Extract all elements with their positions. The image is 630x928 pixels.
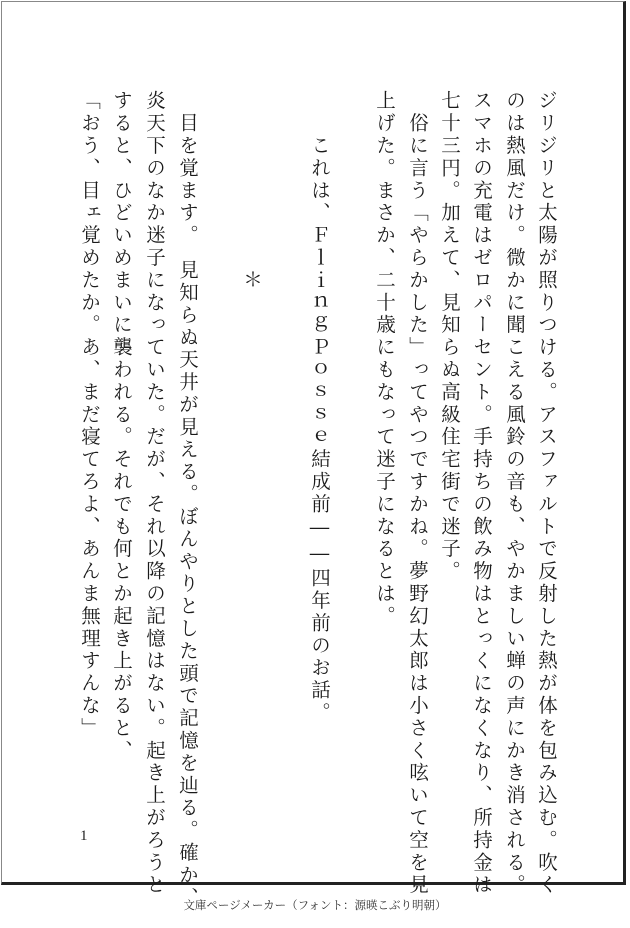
text-column-10: すると、ひどいめまいに襲われる。それでも何とか起き上がると、 — [108, 90, 134, 802]
text-column-1: ジリジリと太陽が照りつける。アスファルトで反射した熱が体を包み込む。吹く — [533, 90, 559, 802]
text-column-3: スマホの充電はゼロパーセント。手持ちの飲み物はとっくになくなり、所持金は — [468, 90, 494, 802]
text-column-4: 七十三円。加えて、見知らぬ高級住宅街で迷子。 — [436, 90, 462, 802]
text-column-6: 上げた。まさか、二十歳にもなって迷子になるとは。 — [371, 90, 397, 802]
scene-break-asterisk: ＊ — [238, 90, 264, 802]
text-column-11: 「おう、目ェ覚めたか。あ、まだ寝てろよ、あんま無理すんな」 — [76, 90, 102, 802]
text-column-5: 俗に言う「やらかした」ってやつですかね。夢野幻太郎は小さく呟いて空を見 — [404, 90, 430, 802]
text-column-intro: これは、ＦｌｉｎｇＰｏｓｓｅ結成前――四年前のお話。 — [306, 90, 332, 802]
page-number: 1 — [80, 828, 88, 845]
book-page: ジリジリと太陽が照りつける。アスファルトで反射した熱が体を包み込む。吹く のは熱… — [1, 1, 626, 885]
text-column-9: 炎天下のなか迷子になっていた。だが、それ以降の記憶はない。起き上がろうと — [141, 90, 167, 802]
footer-caption: 文庫ページメーカー（フォント：源暎こぶり明朝） — [0, 897, 630, 913]
text-column-8: 目を覚ます。 見知らぬ天井が見える。ぼんやりとした頭で記憶を辿る。確か、 — [174, 90, 200, 802]
text-column-2: のは熱風だけ。微かに聞こえる風鈴の音も、やかましい蝉の声にかき消される。 — [501, 90, 527, 802]
